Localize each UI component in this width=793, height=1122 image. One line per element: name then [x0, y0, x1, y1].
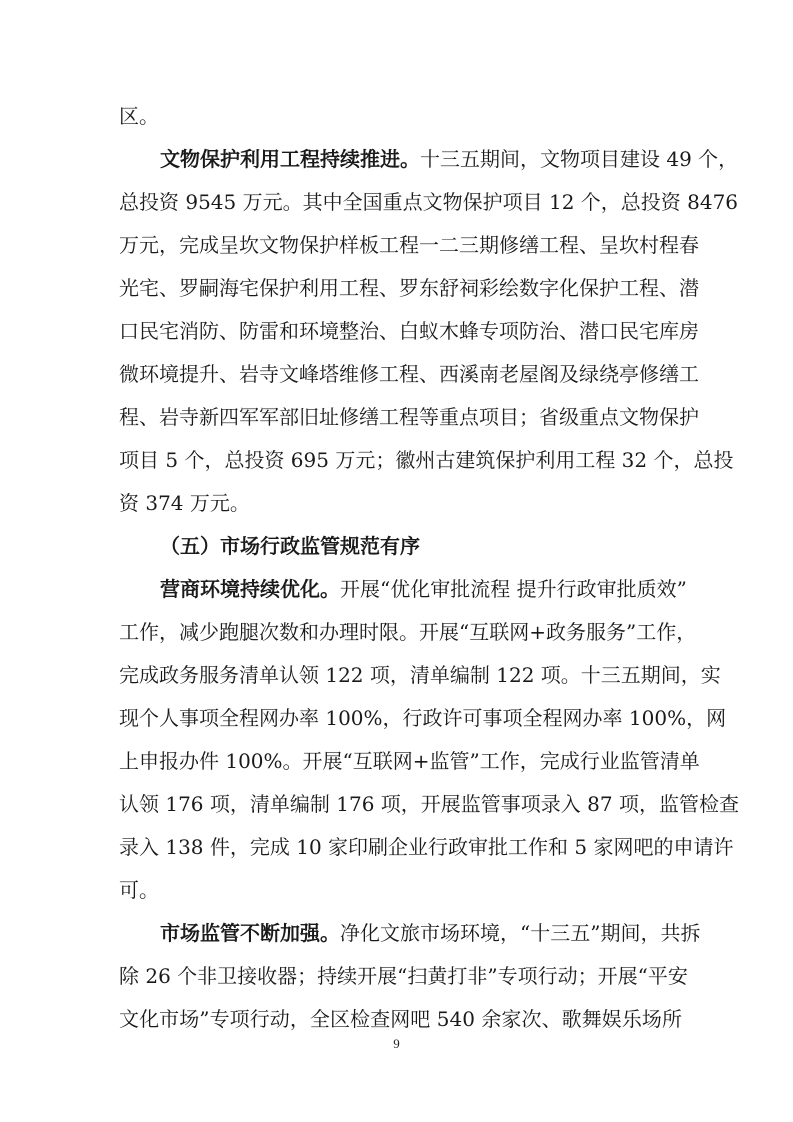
- paragraph-line: 工作，减少跑腿次数和办理时限。开展“互联网+政务服务”工作，: [119, 617, 682, 647]
- line-text: 区。: [119, 104, 159, 128]
- paragraph-line: 程、岩寺新四军军部旧址修缮工程等重点项目；省级重点文物保护: [119, 402, 682, 432]
- paragraph-line: 除 26 个非卫接收器；持续开展“扫黄打非”专项行动；开展“平安: [119, 961, 682, 991]
- line-text: 录入 138 件，完成 10 家印刷企业行政审批工作和 5 家网吧的申请许: [119, 835, 734, 859]
- paragraph-line: 文物保护利用工程持续推进。十三五期间，文物项目建设 49 个，: [160, 144, 682, 174]
- paragraph-line: 万元，完成呈坎文物保护样板工程一二三期修缮工程、呈坎村程春: [119, 230, 682, 260]
- line-text: 除 26 个非卫接收器；持续开展“扫黄打非”专项行动；开展“平安: [119, 964, 688, 988]
- line-text: 净化文旅市场环境，“十三五”期间，共拆: [340, 921, 700, 945]
- line-text: 总投资 9545 万元。其中全国重点文物保护项目 12 个，总投资 8476: [119, 190, 738, 214]
- paragraph-line: 资 374 万元。: [119, 488, 682, 518]
- line-text: 完成政务服务清单认领 122 项，清单编制 122 项。十三五期间，实: [119, 663, 721, 687]
- paragraph-line: 营商环境持续优化。开展“优化审批流程 提升行政审批质效”: [160, 574, 682, 604]
- paragraph-line: 现个人事项全程网办率 100%，行政许可事项全程网办率 100%，网: [119, 703, 682, 733]
- paragraph-line: 市场监管不断加强。净化文旅市场环境，“十三五”期间，共拆: [160, 918, 682, 948]
- paragraph-line: 录入 138 件，完成 10 家印刷企业行政审批工作和 5 家网吧的申请许: [119, 832, 682, 862]
- line-text: 认领 176 项，清单编制 176 项，开展监管事项录入 87 项，监管检查: [119, 792, 739, 816]
- line-text: 万元，完成呈坎文物保护样板工程一二三期修缮工程、呈坎村程春: [119, 233, 699, 257]
- section-heading-text: （五）市场行政监管规范有序: [160, 534, 420, 558]
- paragraph-line: 光宅、罗嗣海宅保护利用工程、罗东舒祠彩绘数字化保护工程、潜: [119, 273, 682, 303]
- line-text: 可。: [119, 878, 159, 902]
- paragraph-line: 认领 176 项，清单编制 176 项，开展监管事项录入 87 项，监管检查: [119, 789, 682, 819]
- line-text: 微环境提升、岩寺文峰塔维修工程、西溪南老屋阁及绿绕亭修缮工: [119, 362, 699, 386]
- paragraph-line: 区。: [119, 101, 682, 131]
- paragraph-line: 总投资 9545 万元。其中全国重点文物保护项目 12 个，总投资 8476: [119, 187, 682, 217]
- document-page: 区。 文物保护利用工程持续推进。十三五期间，文物项目建设 49 个， 总投资 9…: [0, 0, 793, 1122]
- paragraph-line: 上申报办件 100%。开展“互联网+监管”工作，完成行业监管清单: [119, 746, 682, 776]
- line-text: 文化市场”专项行动，全区检查网吧 540 余家次、歌舞娱乐场所: [119, 1007, 682, 1031]
- section-heading: （五）市场行政监管规范有序: [160, 531, 682, 561]
- paragraph-line: 项目 5 个，总投资 695 万元；徽州古建筑保护利用工程 32 个，总投: [119, 445, 682, 475]
- paragraph-line: 文化市场”专项行动，全区检查网吧 540 余家次、歌舞娱乐场所: [119, 1004, 682, 1034]
- page-number: 9: [0, 1036, 793, 1052]
- line-text: 资 374 万元。: [119, 491, 250, 515]
- paragraph-lead-heading: 市场监管不断加强。: [160, 921, 340, 945]
- paragraph-line: 微环境提升、岩寺文峰塔维修工程、西溪南老屋阁及绿绕亭修缮工: [119, 359, 682, 389]
- line-text: 十三五期间，文物项目建设 49 个，: [420, 147, 738, 171]
- line-text: 现个人事项全程网办率 100%，行政许可事项全程网办率 100%，网: [119, 706, 726, 730]
- line-text: 工作，减少跑腿次数和办理时限。开展“互联网+政务服务”工作，: [119, 620, 696, 644]
- line-text: 开展“优化审批流程 提升行政审批质效”: [340, 577, 687, 601]
- paragraph-lead-heading: 营商环境持续优化。: [160, 577, 340, 601]
- paragraph-line: 可。: [119, 875, 682, 905]
- paragraph-line: 完成政务服务清单认领 122 项，清单编制 122 项。十三五期间，实: [119, 660, 682, 690]
- line-text: 上申报办件 100%。开展“互联网+监管”工作，完成行业监管清单: [119, 749, 700, 773]
- line-text: 项目 5 个，总投资 695 万元；徽州古建筑保护利用工程 32 个，总投: [119, 448, 734, 472]
- line-text: 程、岩寺新四军军部旧址修缮工程等重点项目；省级重点文物保护: [119, 405, 699, 429]
- paragraph-lead-heading: 文物保护利用工程持续推进。: [160, 147, 420, 171]
- line-text: 光宅、罗嗣海宅保护利用工程、罗东舒祠彩绘数字化保护工程、潜: [119, 276, 699, 300]
- line-text: 口民宅消防、防雷和环境整治、白蚁木蜂专项防治、潜口民宅库房: [119, 319, 699, 343]
- paragraph-line: 口民宅消防、防雷和环境整治、白蚁木蜂专项防治、潜口民宅库房: [119, 316, 682, 346]
